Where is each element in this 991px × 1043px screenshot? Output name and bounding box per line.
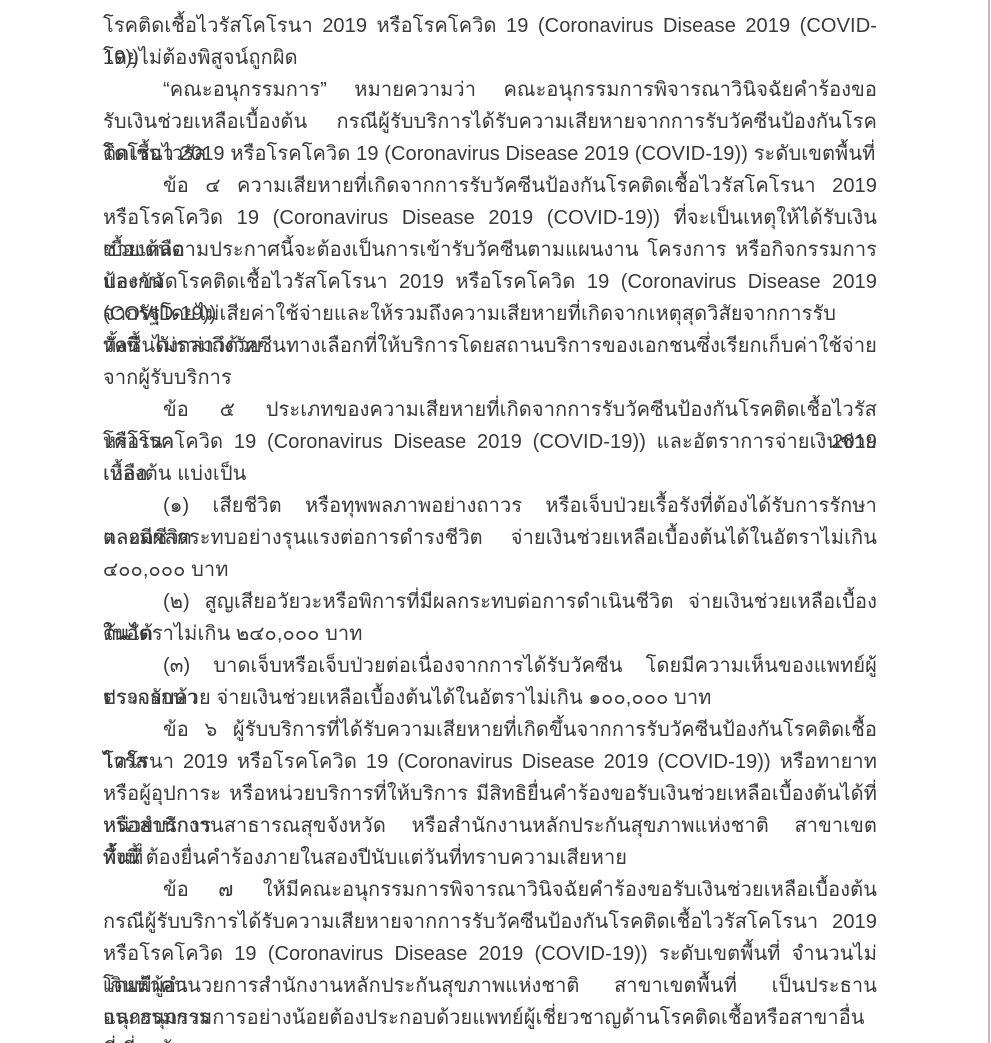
text-line: ข้อ ๖ ผู้รับบริการที่ได้รับความเสียหายที… xyxy=(103,714,877,746)
text-line: หรือโรคโควิด 19 (Coronavirus Disease 201… xyxy=(103,938,877,970)
text-line: โคโรนา 2019 หรือโรคโควิด 19 (Coronavirus… xyxy=(103,138,877,170)
text-line: (๒) สูญเสียอวัยวะหรือพิการที่มีผลกระทบต่… xyxy=(103,586,877,618)
text-line: โดยไม่ต้องพิสูจน์ถูกผิด xyxy=(103,42,877,74)
text-line: หรือโรคโควิด 19 (Coronavirus Disease 201… xyxy=(103,426,877,458)
text-line: ทั้งนี้ ไม่รวมถึงวัคซีนทางเลือกที่ให้บริ… xyxy=(103,330,877,362)
text-line: เบื้องต้นตามประกาศนี้จะต้องเป็นการเข้ารั… xyxy=(103,234,877,266)
text-line: หรือโรคโควิด 19 (Coronavirus Disease 201… xyxy=(103,202,877,234)
text-line: ประกอบด้วย จ่ายเงินช่วยเหลือเบื้องต้นได้… xyxy=(103,682,877,714)
text-line: จากรัฐโดยไม่เสียค่าใช้จ่ายและให้รวมถึงคว… xyxy=(103,298,877,330)
text-line: (๑) เสียชีวิต หรือทุพพลภาพอย่างถาวร หรือ… xyxy=(103,490,877,522)
text-line: และอนุกรรมการอย่างน้อยต้องประกอบด้วยแพทย… xyxy=(103,1002,877,1034)
text-line: ในอัตราไม่เกิน ๒๔๐,๐๐๐ บาท xyxy=(103,618,877,650)
text-line: รับเงินช่วยเหลือเบื้องต้น กรณีผู้รับบริก… xyxy=(103,106,877,138)
text-line: จากผู้รับบริการ xyxy=(103,362,877,394)
page-edge-divider xyxy=(988,0,990,1043)
text-line: “คณะอนุกรรมการ” หมายความว่า คณะอนุกรรมกา… xyxy=(103,74,877,106)
text-line: ข้อ ๕ ประเภทของความเสียหายที่เกิดจากการร… xyxy=(103,394,877,426)
text-line: โคโรนา 2019 หรือโรคโควิด 19 (Coronavirus… xyxy=(103,746,877,778)
text-line: ข้อ ๗ ให้มีคณะอนุกรรมการพิจารณาวินิจฉัยค… xyxy=(103,874,877,906)
text-line: และมีผลกระทบอย่างรุนแรงต่อการดำรงชีวิต จ… xyxy=(103,522,877,554)
text-line: โดยมีผู้อำนวยการสำนักงานหลักประกันสุขภาพ… xyxy=(103,970,877,1002)
text-line: ๔๐๐,๐๐๐ บาท xyxy=(103,554,877,586)
text-line: หรือสำนักงานสาธารณสุขจังหวัด หรือสำนักงา… xyxy=(103,810,877,842)
document-page: โรคติดเชื้อไวรัสโคโรนา 2019 หรือโรคโควิด… xyxy=(103,10,877,1034)
text-line: ทั้งนี้ ต้องยื่นคำร้องภายในสองปีนับแต่วั… xyxy=(103,842,877,874)
text-line: และขจัดโรคติดเชื้อไวรัสโคโรนา 2019 หรือโ… xyxy=(103,266,877,298)
text-line: หรือผู้อุปการะ หรือหน่วยบริการที่ให้บริก… xyxy=(103,778,877,810)
text-line: เบื้องต้น แบ่งเป็น xyxy=(103,458,877,490)
text-line: ข้อ ๔ ความเสียหายที่เกิดจากการรับวัคซีนป… xyxy=(103,170,877,202)
text-line: (๓) บาดเจ็บหรือเจ็บป่วยต่อเนื่องจากการได… xyxy=(103,650,877,682)
text-line: กรณีผู้รับบริการได้รับความเสียหายจากการร… xyxy=(103,906,877,938)
text-line: โรคติดเชื้อไวรัสโคโรนา 2019 หรือโรคโควิด… xyxy=(103,10,877,42)
